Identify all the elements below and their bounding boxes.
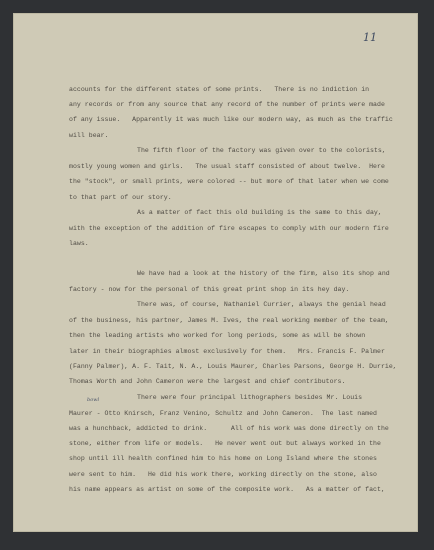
text-line: Thomas Worth and John Cameron were the l… [69,378,345,385]
text-line: We have had a look at the history of the… [137,270,390,277]
text-line: As a matter of fact this old building is… [137,209,382,216]
text-line: of any issue. Apparently it was much lik… [69,116,393,123]
text-line: accounts for the different states of som… [69,86,369,93]
text-line: then the leading artists who worked for … [69,332,365,339]
handwritten-annotation: bowl [87,397,99,403]
text-line: laws. [69,240,89,247]
text-line: any records or from any source that any … [69,101,385,108]
text-line: There were four principal lithographers … [137,394,362,401]
text-line: with the exception of the addition of fi… [69,225,389,232]
text-line: will bear. [69,132,109,139]
text-line: was a hunchback, addicted to drink. All … [69,425,389,432]
text-line: The fifth floor of the factory was given… [137,147,386,154]
text-line: factory - now for the personal of this g… [69,286,349,293]
text-line: shop until ill health confined him to hi… [69,455,377,462]
text-line: the "stock", or small prints, were color… [69,178,389,185]
text-line: mostly young women and girls. The usual … [69,163,385,170]
page-number: 11 [363,31,377,44]
text-line: his name appears as artist on some of th… [69,486,385,493]
text-line: There was, of course, Nathaniel Currier,… [137,301,386,308]
text-line: later in their biographies almost exclus… [69,348,385,355]
text-line: (Fanny Palmer), A. F. Tait, N. A., Louis… [69,363,397,370]
text-line: to that part of our story. [69,194,172,201]
text-line: of the business, his partner, James M. I… [69,317,389,324]
text-line: stone, either from life or models. He ne… [69,440,381,447]
text-line: were sent to him. He did his work there,… [69,471,377,478]
text-line: Maurer - Otto Knirsch, Franz Venino, Sch… [69,410,377,417]
